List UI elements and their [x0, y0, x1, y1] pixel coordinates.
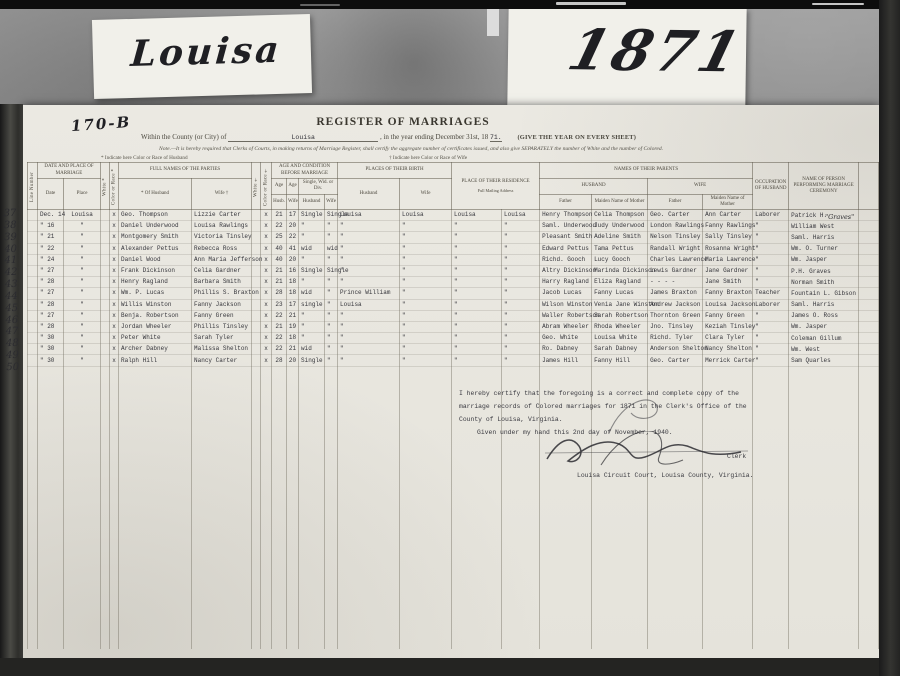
- cell-residence-wife: ": [502, 299, 540, 310]
- cell-father-husband: Ro. Dabney: [540, 344, 592, 355]
- register-page: 170-B REGISTER OF MARRIAGES Within the C…: [23, 105, 879, 659]
- cell-mother-wife: Nancy Shelton: [703, 344, 753, 355]
- cell-wife-name: Victoria Tinsley: [192, 232, 252, 243]
- cell-white-husband: [101, 299, 110, 310]
- cell-date: " 22: [38, 243, 64, 254]
- col-mother-wife: Maiden Name of Mother: [703, 194, 753, 210]
- cell-condition-wife: ": [325, 355, 338, 366]
- col-mother-husband: Maiden Name of Mother: [592, 194, 648, 210]
- cell-father-husband: Jacob Lucas: [540, 288, 592, 299]
- cell-birth-wife: ": [400, 265, 452, 276]
- cell-age-husband: 21: [272, 277, 287, 288]
- cell-age-wife: 21: [287, 344, 299, 355]
- cell-date: " 30: [38, 344, 64, 355]
- cell-white-husband: [101, 344, 110, 355]
- cell-white-wife: [252, 299, 261, 310]
- cell-age-wife: 22: [287, 232, 299, 243]
- cell-lineno: [28, 210, 38, 221]
- cell-birth-wife: ": [400, 321, 452, 332]
- cell-mother-husband: Fanny Lucas: [592, 288, 648, 299]
- cell-white-wife: [252, 310, 261, 321]
- cell-date: " 27: [38, 310, 64, 321]
- cell-white-husband: [101, 232, 110, 243]
- county-label-card: Louisa: [92, 14, 312, 99]
- cell-lineno: [28, 221, 38, 232]
- cell-minister: Saml. Harris: [789, 232, 859, 243]
- cell-residence-husband: ": [452, 243, 502, 254]
- cell-mother-husband: Sarah Robertson: [592, 310, 648, 321]
- cell-white-husband: [101, 321, 110, 332]
- cell-occupation: ": [753, 277, 789, 288]
- minister-name: Sam Quarles: [791, 357, 831, 364]
- col-group-residence: PLACE OF THEIR RESIDENCE Full Mailing Ad…: [452, 163, 540, 210]
- col-cond-wife: Wife: [325, 194, 338, 210]
- col-minister: NAME OF PERSON PERFORMING MARRIAGE CEREM…: [789, 163, 859, 210]
- cell-blank: [859, 288, 879, 299]
- year-instruction: (GIVE THE YEAR ON EVERY SHEET): [517, 134, 636, 141]
- handwritten-line-number: 41: [1, 255, 22, 267]
- table-row: " 30 " x Ralph Hill Nancy Carter x 28 20…: [28, 355, 879, 366]
- cell-wife-name: Fanny Jackson: [192, 299, 252, 310]
- cell-husband-name: Peter White: [119, 333, 192, 344]
- cell-condition-wife: ": [325, 288, 338, 299]
- cell-husband-name: Montgomery Smith: [119, 232, 192, 243]
- cell-date: " 30: [38, 355, 64, 366]
- cell-race-wife: x: [261, 355, 272, 366]
- cell-white-husband: [101, 254, 110, 265]
- cell-place: ": [64, 333, 101, 344]
- col-birth-husband: Husband: [338, 179, 400, 210]
- cell-condition-wife: ": [325, 321, 338, 332]
- cell-white-husband: [101, 277, 110, 288]
- cell-place: ": [64, 232, 101, 243]
- residence-sublabel: Full Mailing Address: [453, 188, 538, 193]
- cell-blank: [859, 321, 879, 332]
- cell-date: " 27: [38, 288, 64, 299]
- cell-occupation: Teacher: [753, 288, 789, 299]
- cell-residence-husband: ": [452, 265, 502, 276]
- line-numbers: 3738394041424344454647484950: [1, 208, 25, 374]
- cell-place: ": [64, 344, 101, 355]
- cell-race-husband: x: [110, 321, 119, 332]
- cell-blank: [859, 254, 879, 265]
- cell-race-husband: x: [110, 243, 119, 254]
- cell-minister: Patrick H."Graves": [789, 210, 859, 221]
- film-splice-mark: [487, 8, 499, 36]
- cell-residence-husband: ": [452, 321, 502, 332]
- cell-minister: Fountain L. Gibson: [789, 288, 859, 299]
- cell-mother-husband: Rhoda Wheeler: [592, 321, 648, 332]
- cell-residence-wife: ": [502, 355, 540, 366]
- handwritten-line-number: 48: [3, 338, 24, 350]
- cell-white-wife: [252, 344, 261, 355]
- cell-race-wife: x: [261, 221, 272, 232]
- cell-lineno: [28, 344, 38, 355]
- table-row: " 16 " x Daniel Underwood Louisa Rawling…: [28, 221, 879, 232]
- col-father-husband: Father: [540, 194, 592, 210]
- cell-birth-wife: ": [400, 333, 452, 344]
- cell-age-wife: 17: [287, 210, 299, 221]
- cell-residence-wife: ": [502, 344, 540, 355]
- col-blank: [859, 163, 879, 210]
- col-occupation: OCCUPATION OF HUSBAND: [753, 163, 789, 210]
- cell-birth-wife: ": [400, 232, 452, 243]
- col-wife-name: Wife †: [192, 179, 252, 210]
- minister-handwritten-note: "Graves": [825, 213, 854, 221]
- cell-race-husband: x: [110, 344, 119, 355]
- cell-mother-wife: Ann Carter: [703, 210, 753, 221]
- cell-mother-husband: Celia Thompson: [592, 210, 648, 221]
- cell-minister: P.H. Graves: [789, 265, 859, 276]
- film-edge-left: [0, 104, 23, 676]
- cell-residence-husband: ": [452, 344, 502, 355]
- cell-residence-wife: Louisa: [502, 210, 540, 221]
- cell-age-wife: 16: [287, 265, 299, 276]
- cell-birth-wife: ": [400, 277, 452, 288]
- cell-residence-husband: ": [452, 254, 502, 265]
- handwritten-line-number: 45: [2, 303, 23, 315]
- minister-name: Coleman Gillum: [791, 335, 841, 342]
- cell-occupation: ": [753, 310, 789, 321]
- table-row: " 28 " x Jordan Wheeler Phillis Tinsley …: [28, 321, 879, 332]
- cell-white-wife: [252, 321, 261, 332]
- cell-white-wife: [252, 243, 261, 254]
- minister-name: Wm. Jasper: [791, 323, 827, 330]
- minister-name: Wm. Jasper: [791, 256, 827, 263]
- county-field-value: Louisa: [228, 134, 378, 142]
- cell-age-husband: 22: [272, 221, 287, 232]
- cell-birth-husband: Louisa: [338, 210, 400, 221]
- cell-residence-husband: ": [452, 355, 502, 366]
- cell-race-husband: x: [110, 232, 119, 243]
- cell-condition-husband: single: [299, 299, 325, 310]
- cell-father-wife: Lewis Gardner: [648, 265, 703, 276]
- cell-date: " 24: [38, 254, 64, 265]
- cell-place: ": [64, 243, 101, 254]
- cell-date: " 30: [38, 333, 64, 344]
- col-father-wife: Father: [648, 194, 703, 210]
- cell-race-husband: x: [110, 221, 119, 232]
- cell-wife-name: Sarah Tyler: [192, 333, 252, 344]
- signature-row: Clerk: [459, 439, 799, 469]
- cell-white-wife: [252, 355, 261, 366]
- cell-residence-wife: ": [502, 265, 540, 276]
- col-race-wife: Color or Race †: [261, 163, 272, 210]
- cell-occupation: ": [753, 344, 789, 355]
- cell-father-husband: Harry Ragland: [540, 277, 592, 288]
- cell-condition-husband: wid: [299, 288, 325, 299]
- cell-place: ": [64, 265, 101, 276]
- cell-residence-husband: ": [452, 299, 502, 310]
- cell-father-wife: Randall Wright: [648, 243, 703, 254]
- cell-age-husband: 22: [272, 310, 287, 321]
- cell-condition-wife: wid: [325, 243, 338, 254]
- cell-father-husband: Abram Wheeler: [540, 321, 592, 332]
- cell-wife-name: Celia Gardner: [192, 265, 252, 276]
- cell-condition-husband: ": [299, 254, 325, 265]
- col-age-1: Age: [272, 179, 287, 195]
- cell-birth-wife: ": [400, 254, 452, 265]
- col-condition: Single, Wid. or Div.: [299, 179, 338, 195]
- cell-father-husband: Altry Dickinson: [540, 265, 592, 276]
- cell-birth-husband: Louisa: [338, 299, 400, 310]
- cell-mother-husband: Louisa White: [592, 333, 648, 344]
- col-place: Place: [64, 179, 101, 210]
- cell-husband-name: Henry Ragland: [119, 277, 192, 288]
- cell-father-husband: Waller Robertson: [540, 310, 592, 321]
- minister-name: Fountain L. Gibson: [791, 290, 856, 297]
- handwritten-line-number: 46: [2, 314, 23, 326]
- cell-blank: [859, 333, 879, 344]
- cell-age-husband: 22: [272, 344, 287, 355]
- cell-minister: James O. Ross: [789, 310, 859, 321]
- cell-wife-name: Barbara Smith: [192, 277, 252, 288]
- cell-race-husband: x: [110, 299, 119, 310]
- cell-condition-wife: ": [325, 232, 338, 243]
- cell-white-husband: [101, 265, 110, 276]
- cell-race-husband: x: [110, 265, 119, 276]
- cell-race-husband: x: [110, 310, 119, 321]
- cell-husband-name: Ralph Hill: [119, 355, 192, 366]
- cell-age-husband: 22: [272, 333, 287, 344]
- col-cond-husband: Husband: [299, 194, 325, 210]
- cell-age-wife: 18: [287, 277, 299, 288]
- cell-condition-husband: ": [299, 277, 325, 288]
- cell-age-husband: 21: [272, 321, 287, 332]
- cell-minister: William West: [789, 221, 859, 232]
- cell-husband-name: Geo. Thompson: [119, 210, 192, 221]
- cell-blank: [859, 243, 879, 254]
- cell-minister: Wm. West: [789, 344, 859, 355]
- cell-condition-husband: Single: [299, 265, 325, 276]
- cell-race-husband: x: [110, 277, 119, 288]
- cell-father-husband: Wilson Winston: [540, 299, 592, 310]
- minister-name: Norman Smith: [791, 279, 834, 286]
- cell-father-wife: Jno. Tinsley: [648, 321, 703, 332]
- cell-race-husband: x: [110, 333, 119, 344]
- cell-race-wife: x: [261, 210, 272, 221]
- cell-white-husband: [101, 288, 110, 299]
- cell-mother-wife: Keziah Tinsley: [703, 321, 753, 332]
- col-age-husb: Husb.: [272, 194, 287, 210]
- cell-birth-husband: ": [338, 254, 400, 265]
- cell-condition-husband: ": [299, 232, 325, 243]
- cell-race-husband: x: [110, 288, 119, 299]
- cell-white-husband: [101, 355, 110, 366]
- cell-place: ": [64, 310, 101, 321]
- film-scratch-mark: [556, 2, 626, 5]
- cell-wife-name: Phillis Tinsley: [192, 321, 252, 332]
- col-group-date-place: DATE AND PLACE OF MARRIAGE: [38, 163, 101, 179]
- table-row: " 22 " x Alexander Pettus Rebecca Ross x…: [28, 243, 879, 254]
- cell-lineno: [28, 310, 38, 321]
- cell-mother-wife: Louisa Jackson: [703, 299, 753, 310]
- cell-occupation: ": [753, 243, 789, 254]
- cell-condition-wife: ": [325, 310, 338, 321]
- cell-lineno: [28, 333, 38, 344]
- cell-blank: [859, 221, 879, 232]
- cell-residence-wife: ": [502, 221, 540, 232]
- cell-minister: Wm. Jasper: [789, 254, 859, 265]
- cell-condition-wife: ": [325, 277, 338, 288]
- cell-lineno: [28, 288, 38, 299]
- cell-occupation: ": [753, 265, 789, 276]
- film-edge-bottom: [0, 658, 900, 676]
- cell-birth-husband: ": [338, 232, 400, 243]
- cell-occupation: ": [753, 355, 789, 366]
- cell-minister: Saml. Harris: [789, 299, 859, 310]
- col-group-parents: NAMES OF THEIR PARENTS: [540, 163, 753, 179]
- cell-wife-name: Malissa Shelton: [192, 344, 252, 355]
- handwritten-line-number: 44: [2, 291, 23, 303]
- cell-husband-name: Daniel Underwood: [119, 221, 192, 232]
- cell-birth-husband: ": [338, 277, 400, 288]
- cell-race-husband: x: [110, 210, 119, 221]
- handwritten-line-number: 50: [3, 362, 24, 374]
- cell-condition-husband: Single: [299, 210, 325, 221]
- cell-place: ": [64, 277, 101, 288]
- cell-father-wife: Nelson Tinsley: [648, 232, 703, 243]
- cell-residence-wife: ": [502, 243, 540, 254]
- cell-residence-husband: ": [452, 221, 502, 232]
- film-edge-top: [0, 0, 900, 9]
- cell-mother-wife: Rosanna Wright: [703, 243, 753, 254]
- handwritten-line-number: 40: [1, 243, 22, 255]
- cell-husband-name: Jordan Wheeler: [119, 321, 192, 332]
- cell-wife-name: Phillis S. Braxton: [192, 288, 252, 299]
- table-row: Dec. 14 Louisa x Geo. Thompson Lizzie Ca…: [28, 210, 879, 221]
- cell-race-wife: x: [261, 310, 272, 321]
- cell-condition-husband: ": [299, 221, 325, 232]
- cell-residence-husband: ": [452, 333, 502, 344]
- cell-father-husband: Saml. Underwood: [540, 221, 592, 232]
- cell-date: " 28: [38, 299, 64, 310]
- cell-age-husband: 21: [272, 265, 287, 276]
- cell-condition-wife: Single: [325, 265, 338, 276]
- cell-wife-name: Ann Maria Jefferson: [192, 254, 252, 265]
- within-prefix: Within the County (or City) of: [141, 133, 226, 141]
- county-year-line: Within the County (or City) of Louisa , …: [141, 133, 636, 142]
- cell-race-wife: x: [261, 333, 272, 344]
- cell-husband-name: Daniel Wood: [119, 254, 192, 265]
- cell-father-wife: Richd. Tyler: [648, 333, 703, 344]
- cell-father-husband: Geo. White: [540, 333, 592, 344]
- minister-name: William West: [791, 223, 834, 230]
- cell-place: ": [64, 254, 101, 265]
- cell-lineno: [28, 355, 38, 366]
- col-parents-husband: HUSBAND: [540, 179, 648, 195]
- cell-race-wife: x: [261, 288, 272, 299]
- cell-husband-name: Alexander Pettus: [119, 243, 192, 254]
- cell-occupation: ": [753, 254, 789, 265]
- cell-mother-husband: Fanny Hill: [592, 355, 648, 366]
- cell-age-wife: 18: [287, 288, 299, 299]
- cell-father-wife: Geo. Carter: [648, 355, 703, 366]
- film-edge-right: [879, 0, 900, 676]
- minister-name: James O. Ross: [791, 312, 838, 319]
- col-white-wife: White †: [252, 163, 261, 210]
- col-line-number: Line Number: [28, 163, 38, 210]
- cell-birth-husband: ": [338, 333, 400, 344]
- table-row: " 27 " x Frank Dickinson Celia Gardner x…: [28, 265, 879, 276]
- cell-residence-wife: ": [502, 310, 540, 321]
- cell-race-wife: x: [261, 254, 272, 265]
- cell-father-wife: Thornton Green: [648, 310, 703, 321]
- cell-age-husband: 21: [272, 210, 287, 221]
- minister-name: Patrick H.: [791, 212, 827, 219]
- table-row: " 27 " x Wm. P. Lucas Phillis S. Braxton…: [28, 288, 879, 299]
- cell-wife-name: Louisa Rawlings: [192, 221, 252, 232]
- cell-race-wife: x: [261, 243, 272, 254]
- cell-mother-husband: Eliza Ragland: [592, 277, 648, 288]
- cell-age-wife: 17: [287, 299, 299, 310]
- cell-mother-husband: Sarah Dabney: [592, 344, 648, 355]
- cell-father-husband: Edward Pettus: [540, 243, 592, 254]
- cell-place: ": [64, 288, 101, 299]
- cell-age-wife: 21: [287, 310, 299, 321]
- year-label-card: 1871: [507, 4, 746, 108]
- cell-lineno: [28, 277, 38, 288]
- col-group-full-names: FULL NAMES OF THE PARTIES: [119, 163, 252, 179]
- cell-mother-wife: Merrick Carter: [703, 355, 753, 366]
- cell-age-husband: 40: [272, 254, 287, 265]
- within-middle: , in the year ending December 31st, 18: [380, 133, 488, 141]
- cell-white-husband: [101, 221, 110, 232]
- cell-lineno: [28, 265, 38, 276]
- cell-birth-wife: ": [400, 299, 452, 310]
- cell-mother-husband: Marinda Dickinson: [592, 265, 648, 276]
- cell-residence-wife: ": [502, 254, 540, 265]
- cell-husband-name: Willis Winston: [119, 299, 192, 310]
- cell-white-wife: [252, 210, 261, 221]
- cell-condition-husband: ": [299, 333, 325, 344]
- cell-age-wife: 20: [287, 355, 299, 366]
- cell-wife-name: Fanny Green: [192, 310, 252, 321]
- cell-white-husband: [101, 243, 110, 254]
- year-label-text: 1871: [561, 17, 754, 85]
- cell-father-wife: - - - -: [648, 277, 703, 288]
- cell-blank: [859, 310, 879, 321]
- cell-mother-wife: Sally Tinsley: [703, 232, 753, 243]
- cell-birth-husband: ": [338, 310, 400, 321]
- cell-place: ": [64, 355, 101, 366]
- clerk-label: Clerk: [727, 450, 746, 463]
- cell-father-wife: Anderson Shelton: [648, 344, 703, 355]
- col-age-wife: Wife: [287, 194, 299, 210]
- cell-mother-wife: Clara Tyler: [703, 333, 753, 344]
- cell-residence-husband: ": [452, 232, 502, 243]
- cell-age-wife: 20: [287, 221, 299, 232]
- cell-residence-wife: ": [502, 288, 540, 299]
- cell-age-husband: 40: [272, 243, 287, 254]
- cell-birth-husband: Prince William: [338, 288, 400, 299]
- cell-blank: [859, 210, 879, 221]
- cell-father-wife: Andrew Jackson: [648, 299, 703, 310]
- cell-date: " 28: [38, 321, 64, 332]
- cell-birth-husband: ": [338, 221, 400, 232]
- residence-label: PLACE OF THEIR RESIDENCE: [453, 179, 538, 185]
- cell-husband-name: Wm. P. Lucas: [119, 288, 192, 299]
- handwritten-line-number: 38: [1, 220, 22, 232]
- col-birth-wife: Wife: [400, 179, 452, 210]
- handwritten-line-number: 49: [3, 350, 24, 362]
- table-row: " 24 " x Daniel Wood Ann Maria Jefferson…: [28, 254, 879, 265]
- cell-residence-wife: ": [502, 277, 540, 288]
- cell-mother-husband: Judy Underwood: [592, 221, 648, 232]
- form-title: REGISTER OF MARRIAGES: [23, 116, 783, 128]
- cell-husband-name: Archer Dabney: [119, 344, 192, 355]
- minister-name: Saml. Harris: [791, 301, 834, 308]
